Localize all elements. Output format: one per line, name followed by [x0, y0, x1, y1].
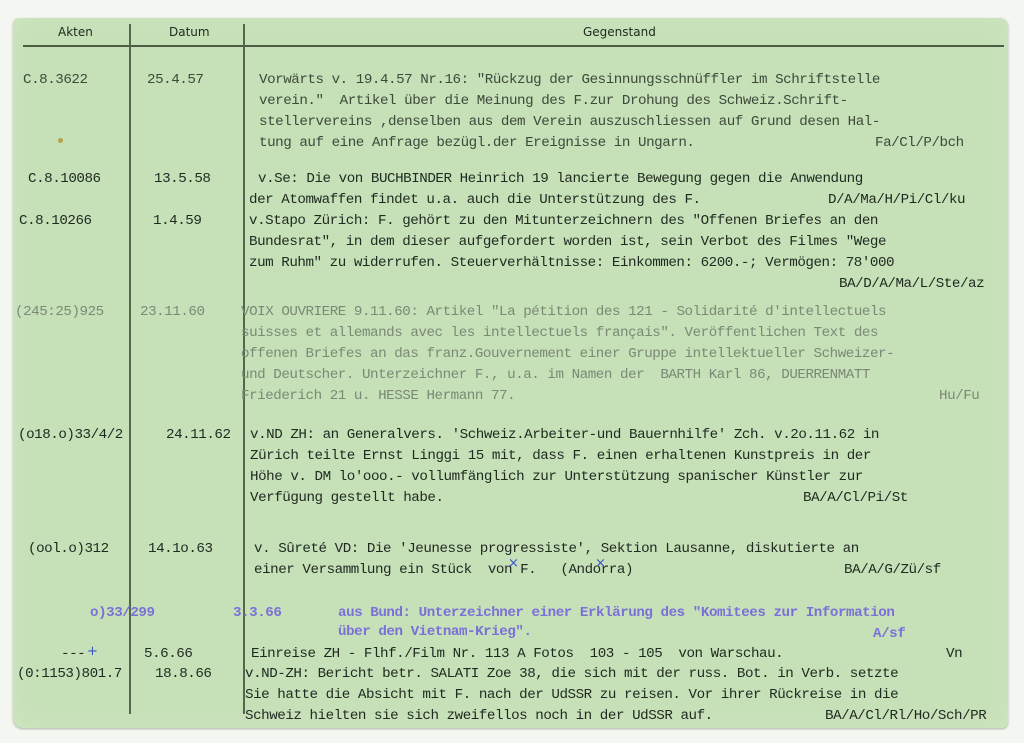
gegenstand-line: v.ND-ZH: Bericht betr. SALATI Zoe 38, di…: [245, 664, 898, 685]
datum-value: 18.8.66: [155, 664, 211, 685]
column-header-datum: Datum: [169, 25, 210, 39]
gegenstand-line: v.Stapo Zürich: F. gehört zu den Mitunte…: [249, 211, 878, 232]
gegenstand-line: und Deutscher. Unterzeichner F., u.a. im…: [241, 365, 870, 386]
gegenstand-line: Zürich teilte Ernst Linggi 15 mit, dass …: [250, 446, 871, 467]
akten-value: C.8.10266: [19, 211, 92, 232]
header-divider: [23, 45, 1004, 47]
datum-value: 13.5.58: [154, 169, 210, 190]
handwritten-x-mark: ×: [595, 556, 606, 571]
signature: Vn: [946, 644, 962, 665]
gegenstand-line: Sie hatte die Absicht mit F. nach der Ud…: [245, 685, 898, 706]
index-card: Akten Datum Gegenstand C.8.3622 25.4.57 …: [13, 18, 1008, 728]
gegenstand-line: einer Versammlung ein Stück von F. (Ando…: [254, 560, 633, 581]
signature: D/A/Ma/H/Pi/Cl/ku: [828, 190, 965, 211]
gegenstand-line: tung auf eine Anfrage bezügl.der Ereigni…: [259, 133, 694, 154]
stain-mark: [58, 138, 63, 143]
signature: BA/A/Cl/Pi/St: [803, 488, 908, 509]
gegenstand-line: aus Bund: Unterzeichner einer Erklärung …: [338, 603, 894, 624]
gegenstand-line: Höhe v. DM lo'ooo.- vollumfänglich zur U…: [250, 467, 863, 488]
akten-value: o)33/299: [90, 603, 155, 624]
gegenstand-line: Einreise ZH - Flhf./Film Nr. 113 A Fotos…: [251, 644, 783, 665]
column-header-akten: Akten: [58, 25, 93, 39]
handwritten-x-mark: +: [87, 644, 98, 659]
signature: BA/D/A/Ma/L/Ste/az: [839, 274, 984, 295]
gegenstand-line: Schweiz hielten sie sich zweifellos noch…: [245, 706, 713, 727]
signature: Hu/Fu: [939, 386, 979, 407]
gegenstand-line: zum Ruhm" zu widerrufen. Steuerverhältni…: [249, 253, 894, 274]
datum-value: 3.3.66: [233, 603, 281, 624]
akten-value: C.8.10086: [28, 169, 101, 190]
signature: Fa/Cl/P/bch: [875, 133, 964, 154]
signature: A/sf: [873, 624, 905, 645]
akten-value: (ool.o)312: [28, 539, 109, 560]
gegenstand-line: v.Se: Die von BUCHBINDER Heinrich 19 lan…: [258, 169, 863, 190]
gegenstand-line: Friederich 21 u. HESSE Hermann 77.: [241, 386, 515, 407]
signature: BA/A/Cl/Rl/Ho/Sch/PR: [825, 706, 986, 727]
datum-value: 5.6.66: [144, 644, 192, 665]
akten-value: ---: [61, 644, 85, 665]
handwritten-x-mark: ×: [508, 556, 519, 571]
signature: BA/A/G/Zü/sf: [844, 560, 941, 581]
gegenstand-line: über den Vietnam-Krieg".: [338, 622, 532, 643]
gegenstand-line: VOIX OUVRIERE 9.11.60: Artikel "La pétit…: [241, 302, 886, 323]
akten-value: C.8.3622: [23, 70, 88, 91]
datum-value: 1.4.59: [153, 211, 201, 232]
gegenstand-line: stellervereins ,denselben aus dem Verein…: [259, 112, 880, 133]
datum-value: 25.4.57: [147, 70, 203, 91]
gegenstand-line: verein." Artikel über die Meinung des F.…: [259, 91, 848, 112]
gegenstand-line: suisses et allemands avec les intellectu…: [241, 323, 878, 344]
column-header-row: Akten Datum Gegenstand: [13, 18, 1008, 46]
datum-value: 14.1o.63: [148, 539, 213, 560]
akten-value: (245:25)925: [15, 302, 104, 323]
gegenstand-line: Verfügung gestellt habe.: [250, 488, 444, 509]
gegenstand-line: Bundesrat", in dem dieser aufgefordert w…: [249, 232, 886, 253]
gegenstand-line: Vorwärts v. 19.4.57 Nr.16: "Rückzug der …: [259, 70, 880, 91]
gegenstand-line: offenen Briefes an das franz.Gouvernemen…: [241, 344, 894, 365]
gegenstand-line: v.ND ZH: an Generalvers. 'Schweiz.Arbeit…: [250, 425, 879, 446]
datum-value: 24.11.62: [166, 425, 231, 446]
akten-value: (o18.o)33/4/2: [18, 425, 123, 446]
datum-value: 23.11.60: [140, 302, 205, 323]
gegenstand-line: v. Sûreté VD: Die 'Jeunesse progressiste…: [254, 539, 859, 560]
gegenstand-line: der Atomwaffen findet u.a. auch die Unte…: [249, 190, 701, 211]
column-header-gegenstand: Gegenstand: [583, 25, 656, 39]
akten-value: (0:1153)801.7: [17, 664, 122, 685]
